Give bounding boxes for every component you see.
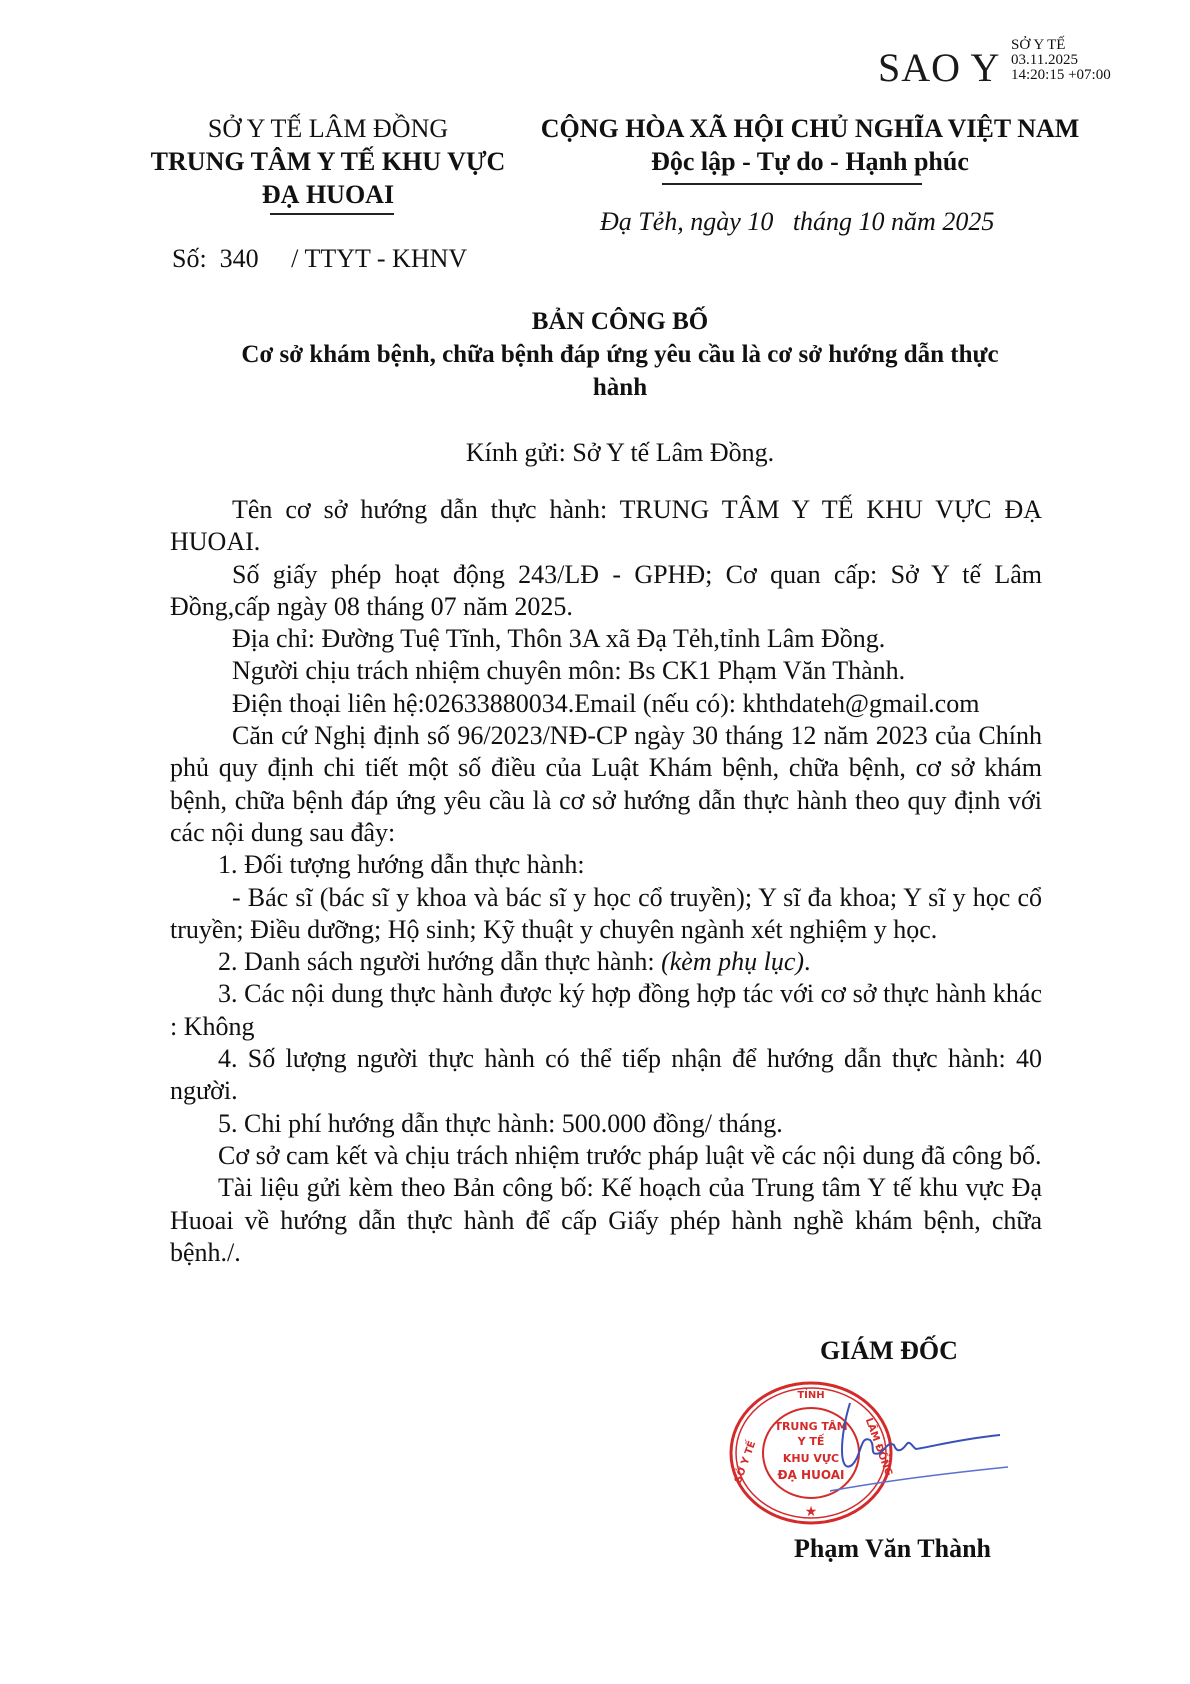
document-number: Số: 340 / TTYT - KHNV bbox=[172, 244, 467, 274]
handwritten-signature-icon bbox=[830, 1395, 1010, 1510]
national-header: CỘNG HÒA XÃ HỘI CHỦ NGHĨA VIỆT NAM Độc l… bbox=[530, 112, 1090, 178]
copy-stamp-time: 14:20:15 +07:00 bbox=[1011, 68, 1111, 83]
commitment: Cơ sở cam kết và chịu trách nhiệm trước … bbox=[170, 1140, 1042, 1172]
copy-stamp-issuer: SỞ Y TẾ bbox=[1011, 38, 1111, 53]
organization-underline bbox=[270, 213, 394, 215]
item-3: 3. Các nội dung thực hành được ký hợp đồ… bbox=[170, 978, 1042, 1043]
item-4: 4. Số lượng người thực hành có thể tiếp … bbox=[170, 1043, 1042, 1108]
document-body: Tên cơ sở hướng dẫn thực hành: TRUNG TÂM… bbox=[170, 494, 1042, 1269]
organization-name-line2: ĐẠ HUOAI bbox=[128, 178, 528, 211]
title-subtitle-line2: hành bbox=[170, 371, 1070, 404]
organization-name-line1: TRUNG TÂM Y TẾ KHU VỰC bbox=[128, 145, 528, 178]
copy-stamp-label: SAO Y bbox=[878, 44, 1000, 91]
legal-basis: Căn cứ Nghị định số 96/2023/NĐ-CP ngày 3… bbox=[170, 720, 1042, 849]
license-info: Số giấy phép hoạt động 243/LĐ - GPHĐ; Cơ… bbox=[170, 559, 1042, 624]
seal-outer-top: TỈNH bbox=[797, 1387, 824, 1401]
item-2-text: 2. Danh sách người hướng dẫn thực hành: bbox=[218, 947, 661, 976]
signer-name: Phạm Văn Thành bbox=[794, 1534, 991, 1564]
seal-inner-line2: Y TẾ bbox=[797, 1433, 825, 1448]
item-2-note: (kèm phụ lục) bbox=[661, 947, 804, 976]
item-5: 5. Chi phí hướng dẫn thực hành: 500.000 … bbox=[170, 1108, 1042, 1140]
item-2: 2. Danh sách người hướng dẫn thực hành: … bbox=[170, 946, 1042, 978]
item-1-detail: - Bác sĩ (bác sĩ y khoa và bác sĩ y học … bbox=[170, 882, 1042, 947]
seal-outer-left: SỞ Y TẾ bbox=[729, 1438, 758, 1484]
contact-info: Điện thoại liên hệ:02633880034.Email (nế… bbox=[170, 688, 1042, 720]
title-subtitle-line1: Cơ sở khám bệnh, chữa bệnh đáp ứng yêu c… bbox=[170, 338, 1070, 371]
recipient: Kính gửi: Sở Y tế Lâm Đồng. bbox=[170, 438, 1070, 468]
address: Địa chỉ: Đường Tuệ Tĩnh, Thôn 3A xã Đạ T… bbox=[170, 623, 1042, 655]
copy-stamp-meta: SỞ Y TẾ 03.11.2025 14:20:15 +07:00 bbox=[1011, 38, 1111, 83]
document-title: BẢN CÔNG BỐ Cơ sở khám bệnh, chữa bệnh đ… bbox=[170, 305, 1070, 404]
copy-stamp-date: 03.11.2025 bbox=[1011, 53, 1111, 68]
responsible-person: Người chịu trách nhiệm chuyên môn: Bs CK… bbox=[170, 655, 1042, 687]
svg-text:★: ★ bbox=[805, 1504, 818, 1520]
item-2-end: . bbox=[804, 947, 811, 976]
issuing-organization: SỞ Y TẾ LÂM ĐỒNG TRUNG TÂM Y TẾ KHU VỰC … bbox=[128, 112, 528, 211]
national-motto: Độc lập - Tự do - Hạnh phúc bbox=[530, 145, 1090, 178]
signer-position: GIÁM ĐỐC bbox=[820, 1336, 958, 1366]
parent-organization: SỞ Y TẾ LÂM ĐỒNG bbox=[128, 112, 528, 145]
title-heading: BẢN CÔNG BỐ bbox=[170, 305, 1070, 338]
nation-name: CỘNG HÒA XÃ HỘI CHỦ NGHĨA VIỆT NAM bbox=[530, 112, 1090, 145]
attachment: Tài liệu gửi kèm theo Bản công bố: Kế ho… bbox=[170, 1172, 1042, 1269]
motto-underline bbox=[662, 183, 922, 185]
item-1-title: 1. Đối tượng hướng dẫn thực hành: bbox=[170, 849, 1042, 881]
facility-name: Tên cơ sở hướng dẫn thực hành: TRUNG TÂM… bbox=[170, 494, 1042, 559]
place-and-date: Đạ Tẻh, ngày 10 tháng 10 năm 2025 bbox=[600, 207, 994, 237]
